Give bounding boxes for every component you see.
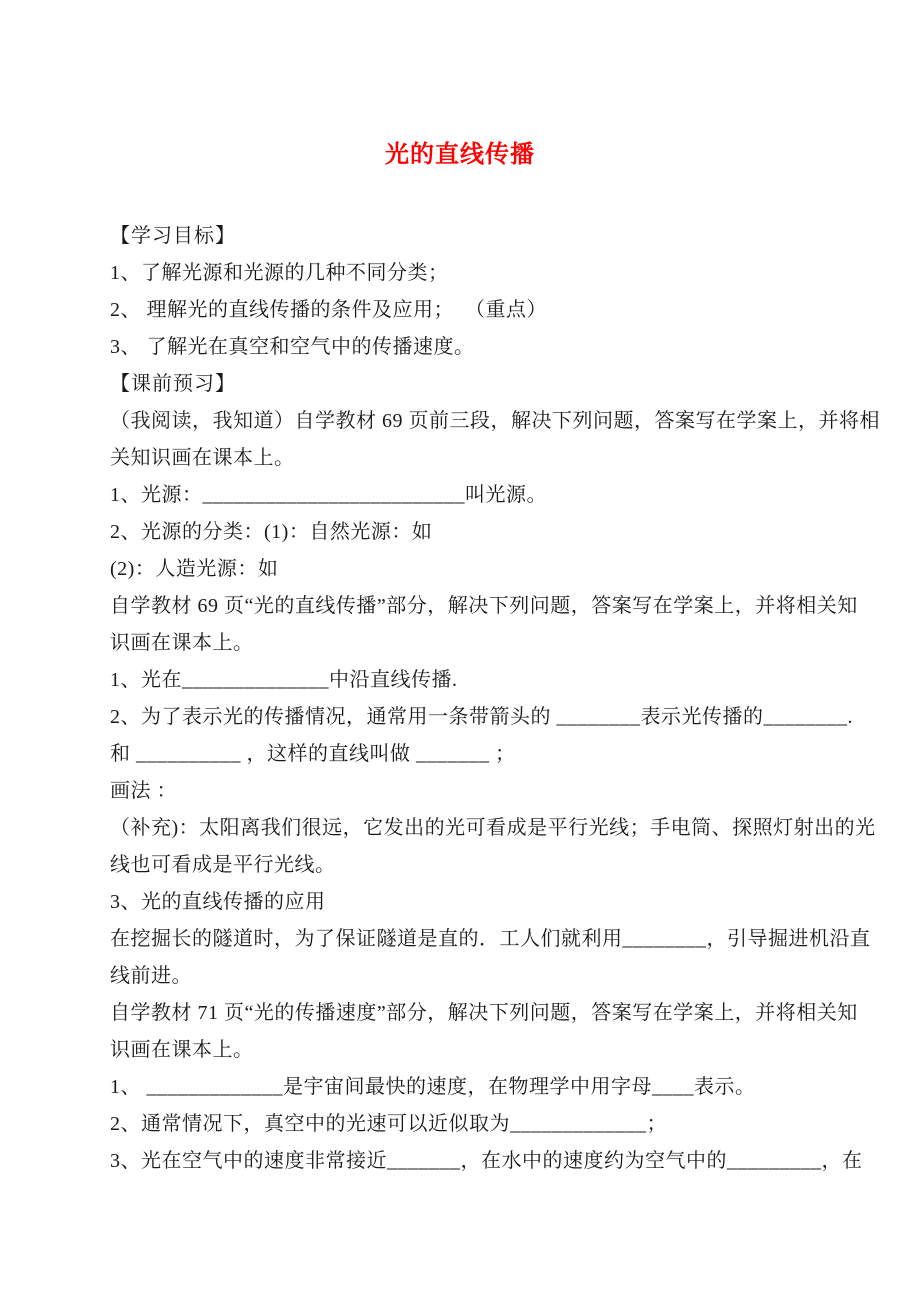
fill-blank-straight-propagation: 1、光在______________中沿直线传播. (110, 662, 830, 699)
self-study-p69-line-1: 自学教材 69 页“光的直线传播”部分，解决下列问题，答案写在学案上，并将相关知 (110, 588, 830, 625)
page-title: 光的直线传播 (0, 140, 920, 170)
light-source-classification-natural: 2、光源的分类：(1)：自然光源：如 (110, 514, 830, 551)
fill-blank-light-source-definition: 1、光源：_________________________叫光源。 (110, 477, 830, 514)
tunnel-application-line-1: 在挖掘长的隧道时，为了保证隧道是直的．工人们就利用________，引导掘进机沿… (110, 921, 830, 958)
self-study-p71-line-2: 识画在课本上。 (110, 1032, 830, 1069)
preview-intro-line-2: 关知识画在课本上。 (110, 440, 830, 477)
fill-blank-fastest-speed: 1、 _____________是宇宙间最快的速度，在物理学中用字母____表示… (110, 1069, 830, 1106)
goal-item-3: 3、 了解光在真空和空气中的传播速度。 (110, 329, 830, 366)
preview-intro-line-1: （我阅读，我知道）自学教材 69 页前三段，解决下列问题，答案写在学案上，并将相 (110, 403, 830, 440)
fill-blank-light-ray-line-2: 和 __________ ，这样的直线叫做 _______ ； (110, 736, 830, 773)
section-heading-learning-goals: 【学习目标】 (110, 218, 830, 255)
worksheet-page: 光的直线传播 【学习目标】 1、了解光源和光源的几种不同分类； 2、 理解光的直… (0, 0, 920, 1302)
fill-blank-vacuum-light-speed: 2、通常情况下，真空中的光速可以近似取为_____________； (110, 1106, 830, 1143)
application-heading: 3、光的直线传播的应用 (110, 884, 830, 921)
drawing-method-label: 画法 ： (110, 773, 830, 810)
self-study-p71-line-1: 自学教材 71 页“光的传播速度”部分，解决下列问题，答案写在学案上，并将相关知 (110, 995, 830, 1032)
goal-item-1: 1、了解光源和光源的几种不同分类； (110, 255, 830, 292)
fill-blank-light-ray-line-1: 2、为了表示光的传播情况，通常用一条带箭头的 ________表示光传播的___… (110, 699, 830, 736)
self-study-p69-line-2: 识画在课本上。 (110, 625, 830, 662)
fill-blank-air-water-speed: 3、光在空气中的速度非常接近_______，在水中的速度约为空气中的______… (110, 1143, 830, 1180)
tunnel-application-line-2: 线前进。 (110, 958, 830, 995)
goal-item-2: 2、 理解光的直线传播的条件及应用； （重点） (110, 292, 830, 329)
document-body: 【学习目标】 1、了解光源和光源的几种不同分类； 2、 理解光的直线传播的条件及… (0, 218, 920, 1180)
supplement-note-line-2: 线也可看成是平行光线。 (110, 847, 830, 884)
light-source-classification-artificial: (2)：人造光源：如 (110, 551, 830, 588)
supplement-note-line-1: （补充)：太阳离我们很远，它发出的光可看成是平行光线；手电筒、探照灯射出的光 (110, 810, 830, 847)
section-heading-preview: 【课前预习】 (110, 366, 830, 403)
